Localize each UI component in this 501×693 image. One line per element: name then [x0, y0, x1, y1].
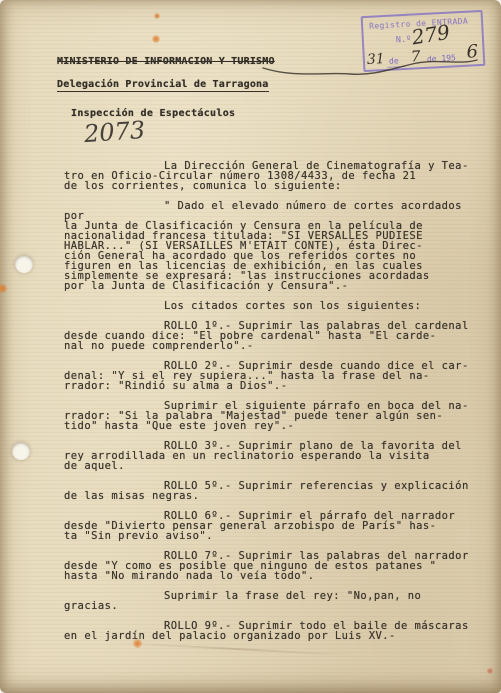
paragraph-rollo-7: ROLLO 7º.- Suprimir las palabras del nar… [64, 551, 478, 581]
stamp-number-handwritten: 279 [410, 20, 451, 50]
hole-punch [12, 442, 30, 460]
paragraph-cuts-heading: Los citados cortes son los siguientes: [64, 301, 478, 311]
paragraph-rollo-3: ROLLO 3º.- Suprimir plano de la favorita… [64, 441, 478, 471]
paragraph-rollo-7b: Suprimir la frase del rey: "No,pan, no g… [64, 591, 478, 611]
paragraph-quote: " Dado el elevado número de cortes acord… [64, 201, 478, 291]
ministry-title: MINISTERIO DE INFORMACION Y TURISMO [57, 56, 275, 67]
stain-spot [154, 13, 160, 19]
handwritten-file-number: 2073 [83, 116, 146, 148]
delegation-subtitle: Delegación Provincial de Tarragona [57, 79, 269, 92]
hole-punch [15, 255, 33, 273]
stain-spot [0, 284, 7, 293]
stamp-number-label: N.º [396, 35, 412, 46]
document-page: Registro de ENTRADA N.º 279 31 de 7 de 1… [0, 0, 501, 693]
paragraph-rollo-5: ROLLO 5º.- Suprimir referencias y explic… [64, 481, 478, 501]
pen-stroke [255, 50, 485, 84]
document-body: La Dirección General de Cinematografía y… [64, 161, 478, 651]
paragraph-rollo-2b: Suprimir el siguiente párrafo en boca de… [64, 401, 478, 431]
stain-spot [152, 35, 160, 43]
paragraph-rollo-2: ROLLO 2º.- Suprimir desde cuando dice el… [64, 361, 478, 391]
paragraph-rollo-1: ROLLO 1º.- Suprimir las palabras del car… [64, 321, 478, 351]
stain-spot [487, 668, 493, 674]
paragraph-rollo-9: ROLLO 9º.- Suprimir todo el baile de más… [64, 621, 478, 641]
section-title: Inspección de Espectáculos [71, 108, 235, 119]
paragraph-rollo-6: ROLLO 6º.- Suprimir el párrafo del narra… [64, 511, 478, 541]
paragraph-intro: La Dirección General de Cinematografía y… [64, 161, 478, 191]
